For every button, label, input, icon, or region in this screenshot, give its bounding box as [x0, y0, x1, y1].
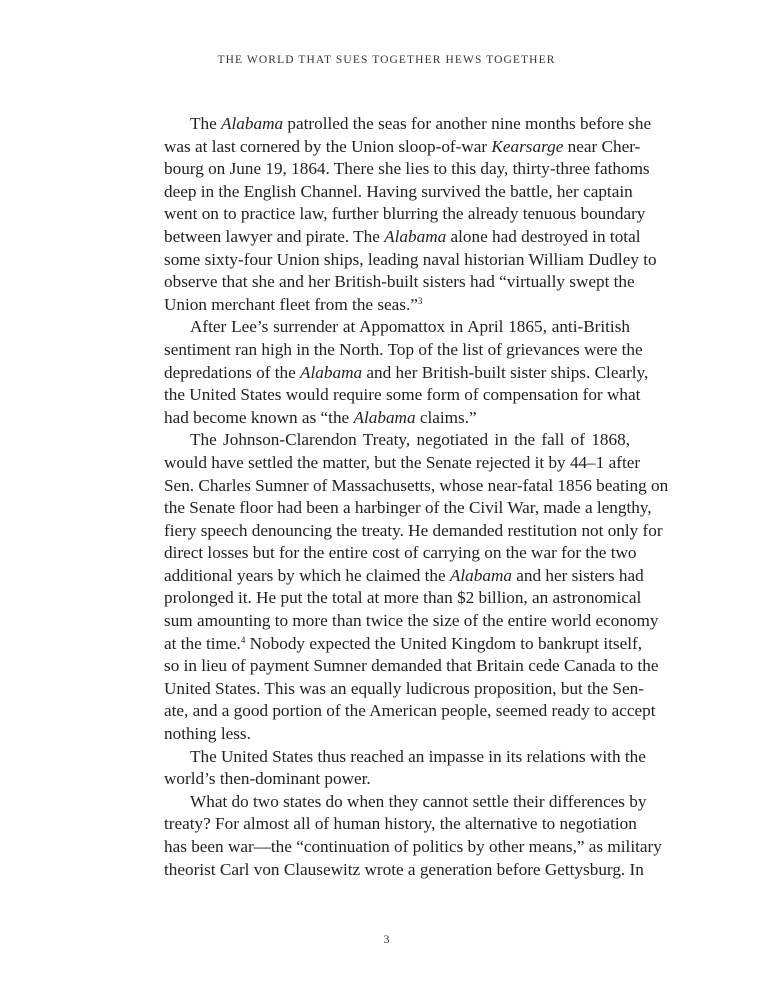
page-number: 3	[0, 932, 773, 947]
text-line: direct losses but for the entire cost of…	[164, 542, 630, 565]
footnote-marker[interactable]: 3	[418, 296, 423, 306]
text-line: sentiment ran high in the North. Top of …	[164, 339, 630, 362]
text-line: nothing less.	[164, 723, 630, 746]
text-line: What do two states do when they cannot s…	[164, 791, 630, 814]
text-line: Sen. Charles Sumner of Massachusetts, wh…	[164, 475, 630, 498]
italic-title: Alabama	[221, 114, 283, 133]
text-line: The Alabama patrolled the seas for anoth…	[164, 113, 630, 136]
text-line: would have settled the matter, but the S…	[164, 452, 630, 475]
text-line: bourg on June 19, 1864. There she lies t…	[164, 158, 630, 181]
paragraph: What do two states do when they cannot s…	[164, 791, 630, 881]
text-line: some sixty-four Union ships, leading nav…	[164, 249, 630, 272]
paragraph: After Lee’s surrender at Appomattox in A…	[164, 316, 630, 429]
text-line: prolonged it. He put the total at more t…	[164, 587, 630, 610]
text-line: After Lee’s surrender at Appomattox in A…	[164, 316, 630, 339]
text-line: theorist Carl von Clausewitz wrote a gen…	[164, 859, 630, 882]
italic-title: Alabama	[300, 363, 362, 382]
text-line: observe that she and her British-built s…	[164, 271, 630, 294]
text-line: United States. This was an equally ludic…	[164, 678, 630, 701]
text-line: the Senate floor had been a harbinger of…	[164, 497, 630, 520]
text-line: world’s then-dominant power.	[164, 768, 630, 791]
text-line: has been war—the “continuation of politi…	[164, 836, 630, 859]
footnote-marker[interactable]: 4	[241, 635, 246, 645]
text-line: fiery speech denouncing the treaty. He d…	[164, 520, 630, 543]
text-line: ate, and a good portion of the American …	[164, 700, 630, 723]
italic-title: Alabama	[450, 566, 512, 585]
text-line: The United States thus reached an impass…	[164, 746, 630, 769]
text-line: treaty? For almost all of human history,…	[164, 813, 630, 836]
text-line: The Johnson-Clarendon Treaty, negotiated…	[164, 429, 630, 452]
text-line: deep in the English Channel. Having surv…	[164, 181, 630, 204]
text-line: Union merchant fleet from the seas.”3	[164, 294, 630, 317]
paragraph: The Johnson-Clarendon Treaty, negotiated…	[164, 429, 630, 745]
text-line: so in lieu of payment Sumner demanded th…	[164, 655, 630, 678]
text-line: had become known as “the Alabama claims.…	[164, 407, 630, 430]
italic-title: Alabama	[384, 227, 446, 246]
paragraph: The United States thus reached an impass…	[164, 746, 630, 791]
text-line: went on to practice law, further blurrin…	[164, 203, 630, 226]
book-page: THE WORLD THAT SUES TOGETHER HEWS TOGETH…	[0, 0, 773, 1000]
paragraph: The Alabama patrolled the seas for anoth…	[164, 113, 630, 316]
italic-title: Kearsarge	[491, 137, 563, 156]
text-line: the United States would require some for…	[164, 384, 630, 407]
text-line: between lawyer and pirate. The Alabama a…	[164, 226, 630, 249]
text-line: depredations of the Alabama and her Brit…	[164, 362, 630, 385]
text-line: was at last cornered by the Union sloop-…	[164, 136, 630, 159]
text-line: at the time.4 Nobody expected the United…	[164, 633, 630, 656]
running-head: THE WORLD THAT SUES TOGETHER HEWS TOGETH…	[0, 54, 773, 66]
text-line: additional years by which he claimed the…	[164, 565, 630, 588]
italic-title: Alabama	[353, 408, 415, 427]
body-text: The Alabama patrolled the seas for anoth…	[164, 113, 630, 881]
text-line: sum amounting to more than twice the siz…	[164, 610, 630, 633]
